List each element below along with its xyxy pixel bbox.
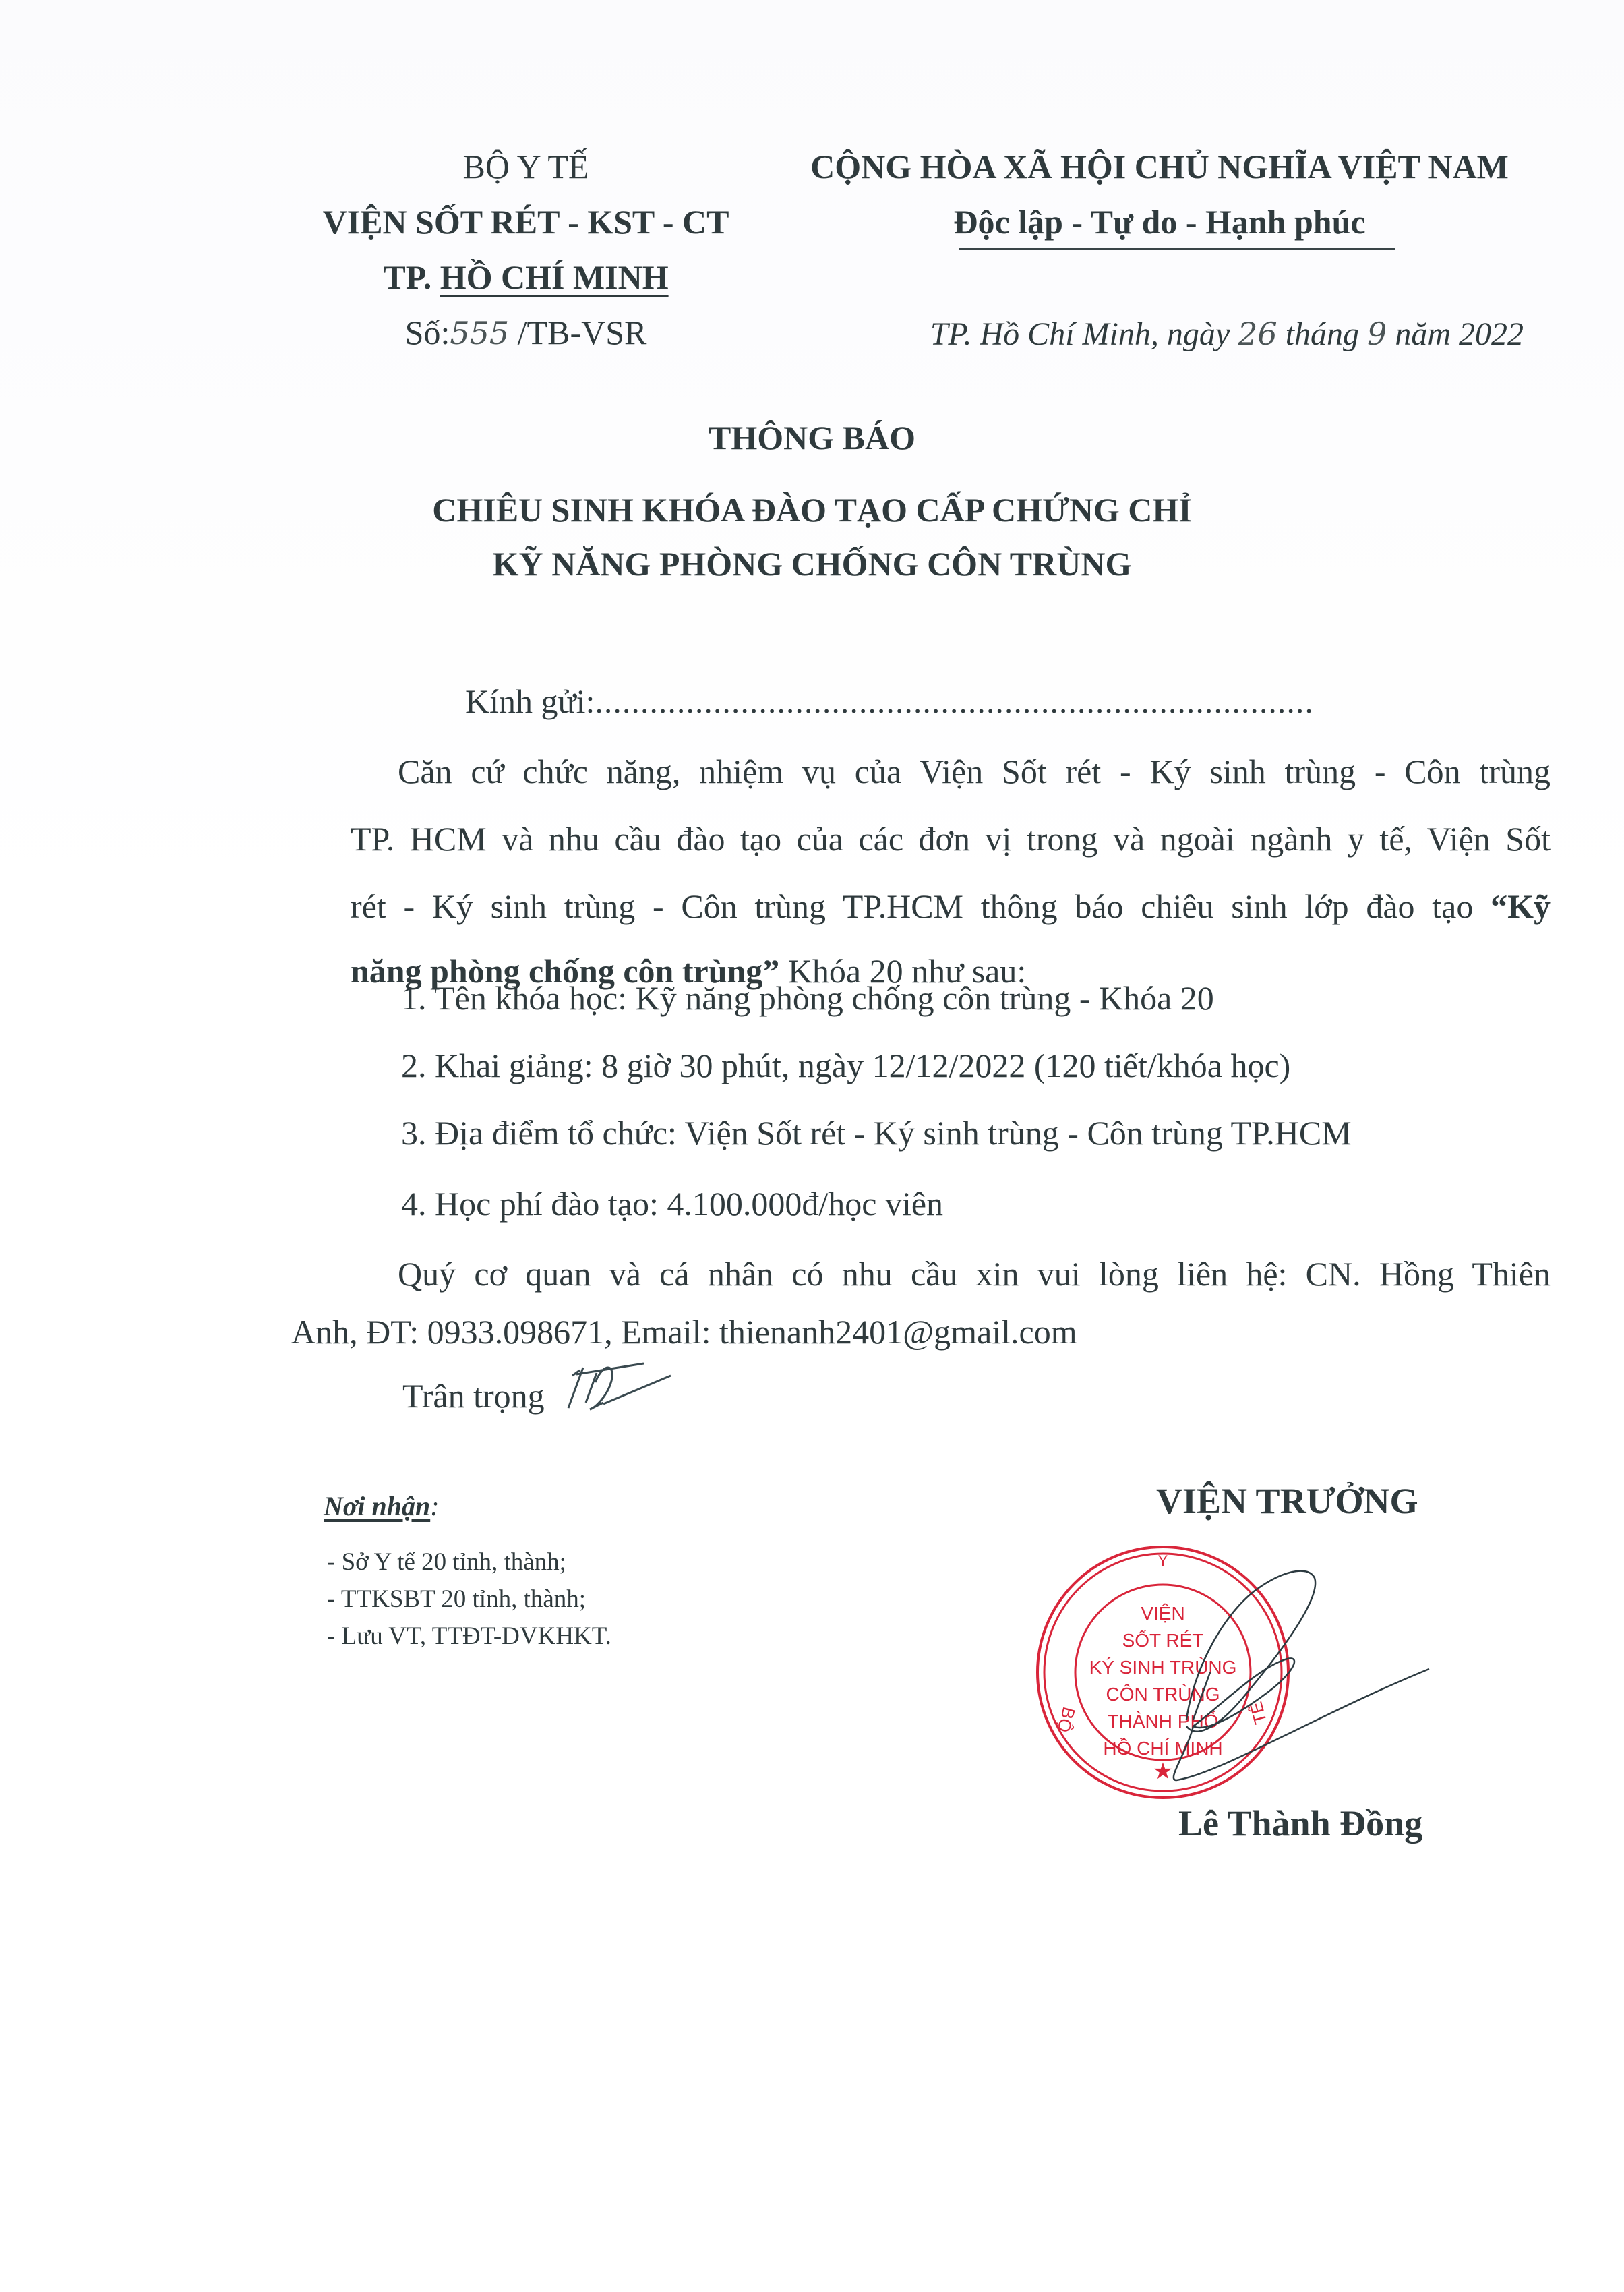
document-type-heading: THÔNG BÁO [0, 418, 1624, 457]
country-name: CỘNG HÒA XÃ HỘI CHỦ NGHĨA VIỆT NAM [762, 150, 1557, 183]
institute-city: TP. HỒ CHÍ MINH [283, 260, 769, 294]
contact-line-2: Anh, ĐT: 0933.098671, Email: thienanh240… [291, 1315, 1077, 1349]
item-fee: 4. Học phí đào tạo: 4.100.000đ/học viên [401, 1187, 943, 1221]
city-name: HỒ CHÍ MINH [440, 258, 669, 296]
ministry-name: BỘ Y TẾ [283, 150, 769, 183]
document-subject-line1: CHIÊU SINH KHÓA ĐÀO TẠO CẤP CHỨNG CHỈ [0, 490, 1624, 529]
intro-line-2: TP. HCM và nhu cầu đào tạo của các đơn v… [351, 819, 1551, 858]
director-signature [1146, 1558, 1497, 1800]
stamp-left-arc: BỘ [1053, 1705, 1079, 1734]
item-opening: 2. Khai giảng: 8 giờ 30 phút, ngày 12/12… [401, 1049, 1290, 1082]
document-page: { "header_left": { "ministry": "BỘ Y TẾ"… [0, 0, 1624, 2292]
handwritten-number: 555 [450, 315, 509, 351]
salutation: Kính gửi:...............................… [465, 684, 1314, 718]
recipient-item: - Sở Y tế 20 tỉnh, thành; [327, 1548, 566, 1577]
intro-line-1: Căn cứ chức năng, nhiệm vụ của Viện Sốt … [398, 752, 1551, 791]
document-subject-line2: KỸ NĂNG PHÒNG CHỐNG CÔN TRÙNG [0, 544, 1624, 583]
signer-name: Lê Thành Đồng [1178, 1802, 1422, 1844]
recipient-item: - Lưu VT, TTĐT-DVKHKT. [327, 1622, 611, 1651]
handwritten-month: 9 [1367, 316, 1387, 352]
national-motto: Độc lập - Tự do - Hạnh phúc [762, 205, 1557, 239]
item-location: 3. Địa điểm tổ chức: Viện Sốt rét - Ký s… [401, 1116, 1352, 1150]
handwritten-day: 26 [1238, 316, 1277, 352]
recipient-item: - TTKSBT 20 tỉnh, thành; [327, 1585, 586, 1614]
closing: Trân trọng [402, 1379, 545, 1413]
item-course-name: 1. Tên khóa học: Kỹ năng phòng chống côn… [401, 981, 1214, 1015]
institute-name: VIỆN SỐT RÉT - KST - CT [283, 205, 769, 239]
recipients-label: Nơi nhận: [324, 1490, 440, 1522]
issue-date: TP. Hồ Chí Minh, ngày 26 tháng 9 năm 202… [762, 318, 1524, 351]
intro-line-3: rét - Ký sinh trùng - Côn trùng TP.HCM t… [351, 887, 1551, 926]
recipient-blank: ........................................… [595, 682, 1314, 720]
initials-signature [563, 1355, 678, 1416]
contact-line-1: Quý cơ quan và cá nhân có nhu cầu xin vu… [398, 1254, 1551, 1293]
motto-underline [959, 248, 1395, 250]
signer-title: VIỆN TRƯỞNG [1156, 1480, 1418, 1522]
document-number: Số:555 /TB-VSR [283, 316, 769, 349]
